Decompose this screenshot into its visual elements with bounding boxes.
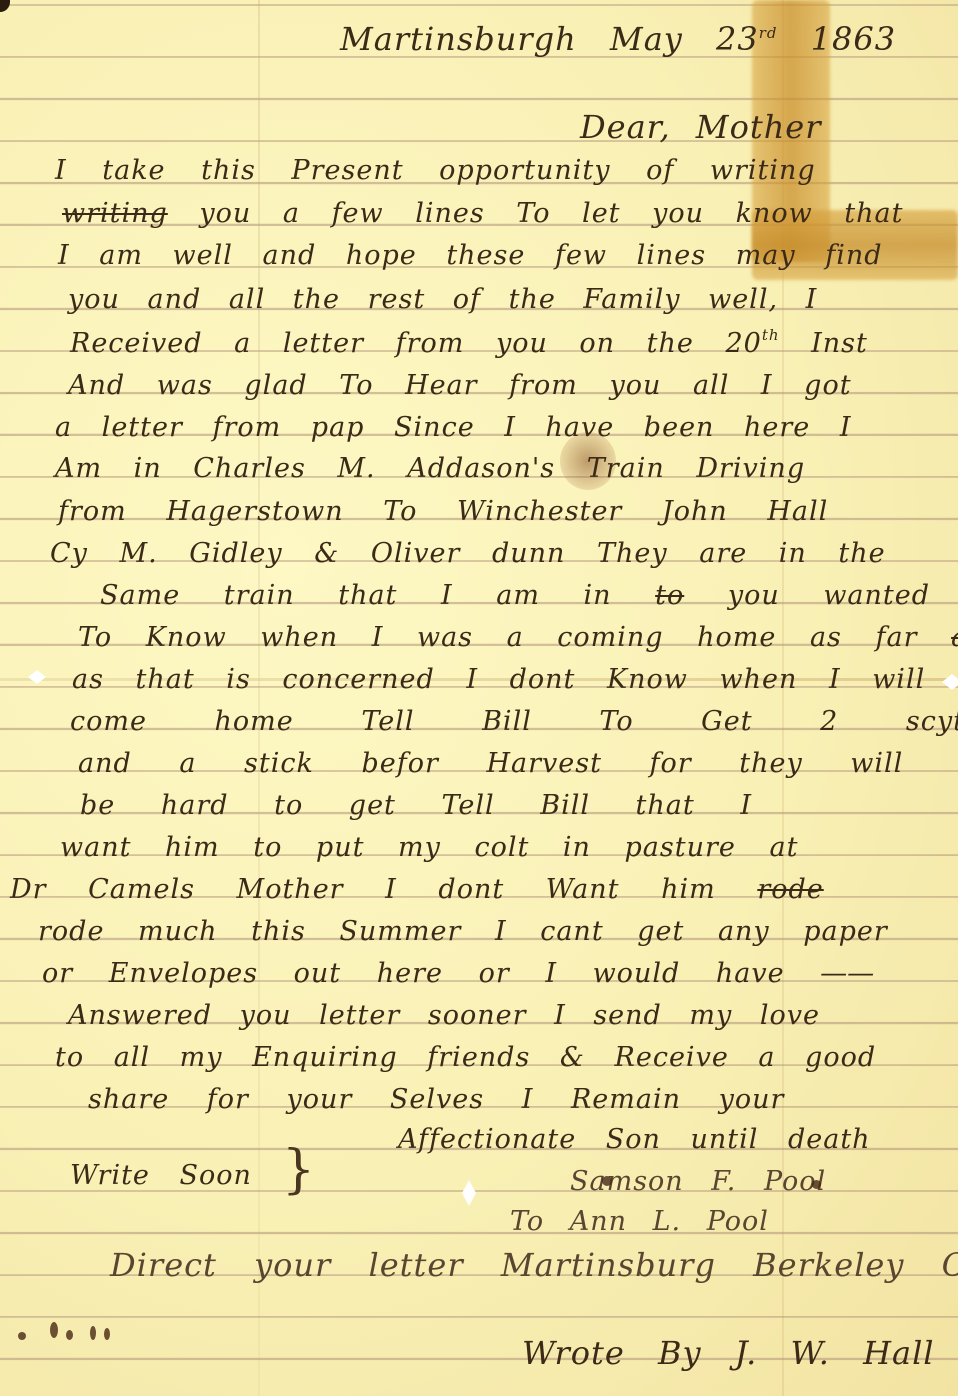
body-line-text: Am in Charles M. Addason's Train Driving <box>55 453 805 484</box>
body-line-text-after: Inst <box>811 328 868 359</box>
struck-word: rode <box>757 874 823 905</box>
body-line-5: Received a letter from you on the 20th I… <box>70 326 868 359</box>
body-line-text: you a few lines To let you know that <box>199 198 903 229</box>
body-line-text: be hard to get Tell Bill that I <box>80 790 752 821</box>
body-line-text: I take this Present opportunity of writi… <box>55 155 816 186</box>
body-line-text-after: you wanted <box>728 580 930 611</box>
body-line-11: Same train that I am in to you wanted <box>100 580 930 611</box>
struck-word: as <box>951 622 958 653</box>
heading-day-suffix: rd <box>759 24 778 42</box>
body-line-3: I am well and hope these few lines may f… <box>58 240 883 271</box>
body-line-text: come home Tell Bill To Get 2 scythes <box>70 706 958 737</box>
heading-place: Martinsburgh <box>340 20 577 58</box>
body-line-text: Answered you letter sooner I send my lov… <box>68 1000 820 1031</box>
body-line-text: you and all the rest of the Family well,… <box>68 284 817 315</box>
body-line-7: a letter from pap Since I have been here… <box>55 412 852 443</box>
body-line-text: or Envelopes out here or I would have <box>42 958 785 989</box>
addressee: To Ann L. Pool <box>510 1206 769 1237</box>
body-line-text: share for your Selves I Remain your <box>88 1084 784 1115</box>
letter-heading: Martinsburgh May 23rd 1863 <box>340 20 896 58</box>
ink-smudge <box>50 1322 58 1338</box>
body-line-text: and a stick befor Harvest for they will <box>78 748 903 779</box>
body-line-14: come home Tell Bill To Get 2 scythes <box>70 706 958 737</box>
body-line-text: from Hagerstown To Winchester John Hall <box>58 496 828 527</box>
ink-smudge <box>66 1330 73 1340</box>
body-line-text: want him to put my colt in pasture at <box>60 832 798 863</box>
body-line-text: to all my Enquiring friends & Receive a … <box>55 1042 876 1073</box>
body-line-text: And was glad To Hear from you all I got <box>68 370 852 401</box>
body-line-text: I am well and hope these few lines may f… <box>58 240 883 271</box>
body-line-15: and a stick befor Harvest for they will <box>78 748 903 779</box>
body-line-12: To Know when I was a coming home as far … <box>78 622 958 653</box>
heading-year: 1863 <box>811 20 896 58</box>
paper-tear-right <box>942 674 958 690</box>
body-line-13: as that is concerned I dont Know when I … <box>72 664 925 695</box>
body-line-18: Dr Camels Mother I dont Want him rode <box>10 874 824 905</box>
heading-day: 23 <box>716 20 759 58</box>
body-line-22: to all my Enquiring friends & Receive a … <box>55 1042 876 1073</box>
body-line-text: a letter from pap Since I have been here… <box>55 412 852 443</box>
closing: Affectionate Son until death <box>398 1124 871 1155</box>
body-line-20: or Envelopes out here or I would have —— <box>42 958 874 989</box>
paper-tear-left <box>28 670 46 684</box>
body-line-8: Am in Charles M. Addason's Train Driving <box>55 453 805 484</box>
brace-flourish: } <box>282 1140 315 1200</box>
body-line-6: And was glad To Hear from you all I got <box>68 370 852 401</box>
torn-corner <box>0 0 10 12</box>
body-line-16: be hard to get Tell Bill that I <box>80 790 752 821</box>
ink-smudge <box>104 1328 110 1340</box>
struck-word: to <box>655 580 684 611</box>
ink-blot <box>812 1180 821 1189</box>
letter-page: Martinsburgh May 23rd 1863 Dear, Mother … <box>0 0 958 1396</box>
body-line-text: rode much this Summer I cant get any pap… <box>38 916 888 947</box>
body-line-19: rode much this Summer I cant get any pap… <box>38 916 888 947</box>
salutation: Dear, Mother <box>580 108 822 146</box>
ink-smudge <box>90 1326 96 1340</box>
ink-smudge <box>18 1332 26 1340</box>
body-line-17: want him to put my colt in pasture at <box>60 832 798 863</box>
body-line-text: Same train that I am in <box>100 580 612 611</box>
heading-month: May <box>610 20 683 58</box>
body-line-21: Answered you letter sooner I send my lov… <box>68 1000 820 1031</box>
postscript: Write Soon <box>70 1160 252 1191</box>
struck-word: writing <box>62 198 168 229</box>
body-line-9: from Hagerstown To Winchester John Hall <box>58 496 828 527</box>
body-line-text: Received a letter from you on the 20 <box>70 328 762 359</box>
body-line-2: writing you a few lines To let you know … <box>62 198 903 229</box>
body-line-4: you and all the rest of the Family well,… <box>68 284 817 315</box>
body-line-1: I take this Present opportunity of writi… <box>55 155 816 186</box>
body-line-text: as that is concerned I dont Know when I … <box>72 664 925 695</box>
body-line-text: To Know when I was a coming home as far <box>78 622 918 653</box>
superscript-th: th <box>762 326 780 344</box>
paper-hole <box>462 1180 476 1206</box>
body-line-text: Dr Camels Mother I dont Want him <box>10 874 716 905</box>
scribe-line: Wrote By J. W. Hall <box>522 1334 935 1372</box>
ink-blot <box>602 1176 612 1186</box>
line-flourish: —— <box>820 958 874 989</box>
body-line-23: share for your Selves I Remain your <box>88 1084 784 1115</box>
direction-line: Direct your letter Martinsburg Berkeley … <box>110 1246 958 1284</box>
body-line-text: Cy M. Gidley & Oliver dunn They are in t… <box>50 538 886 569</box>
body-line-10: Cy M. Gidley & Oliver dunn They are in t… <box>50 538 886 569</box>
